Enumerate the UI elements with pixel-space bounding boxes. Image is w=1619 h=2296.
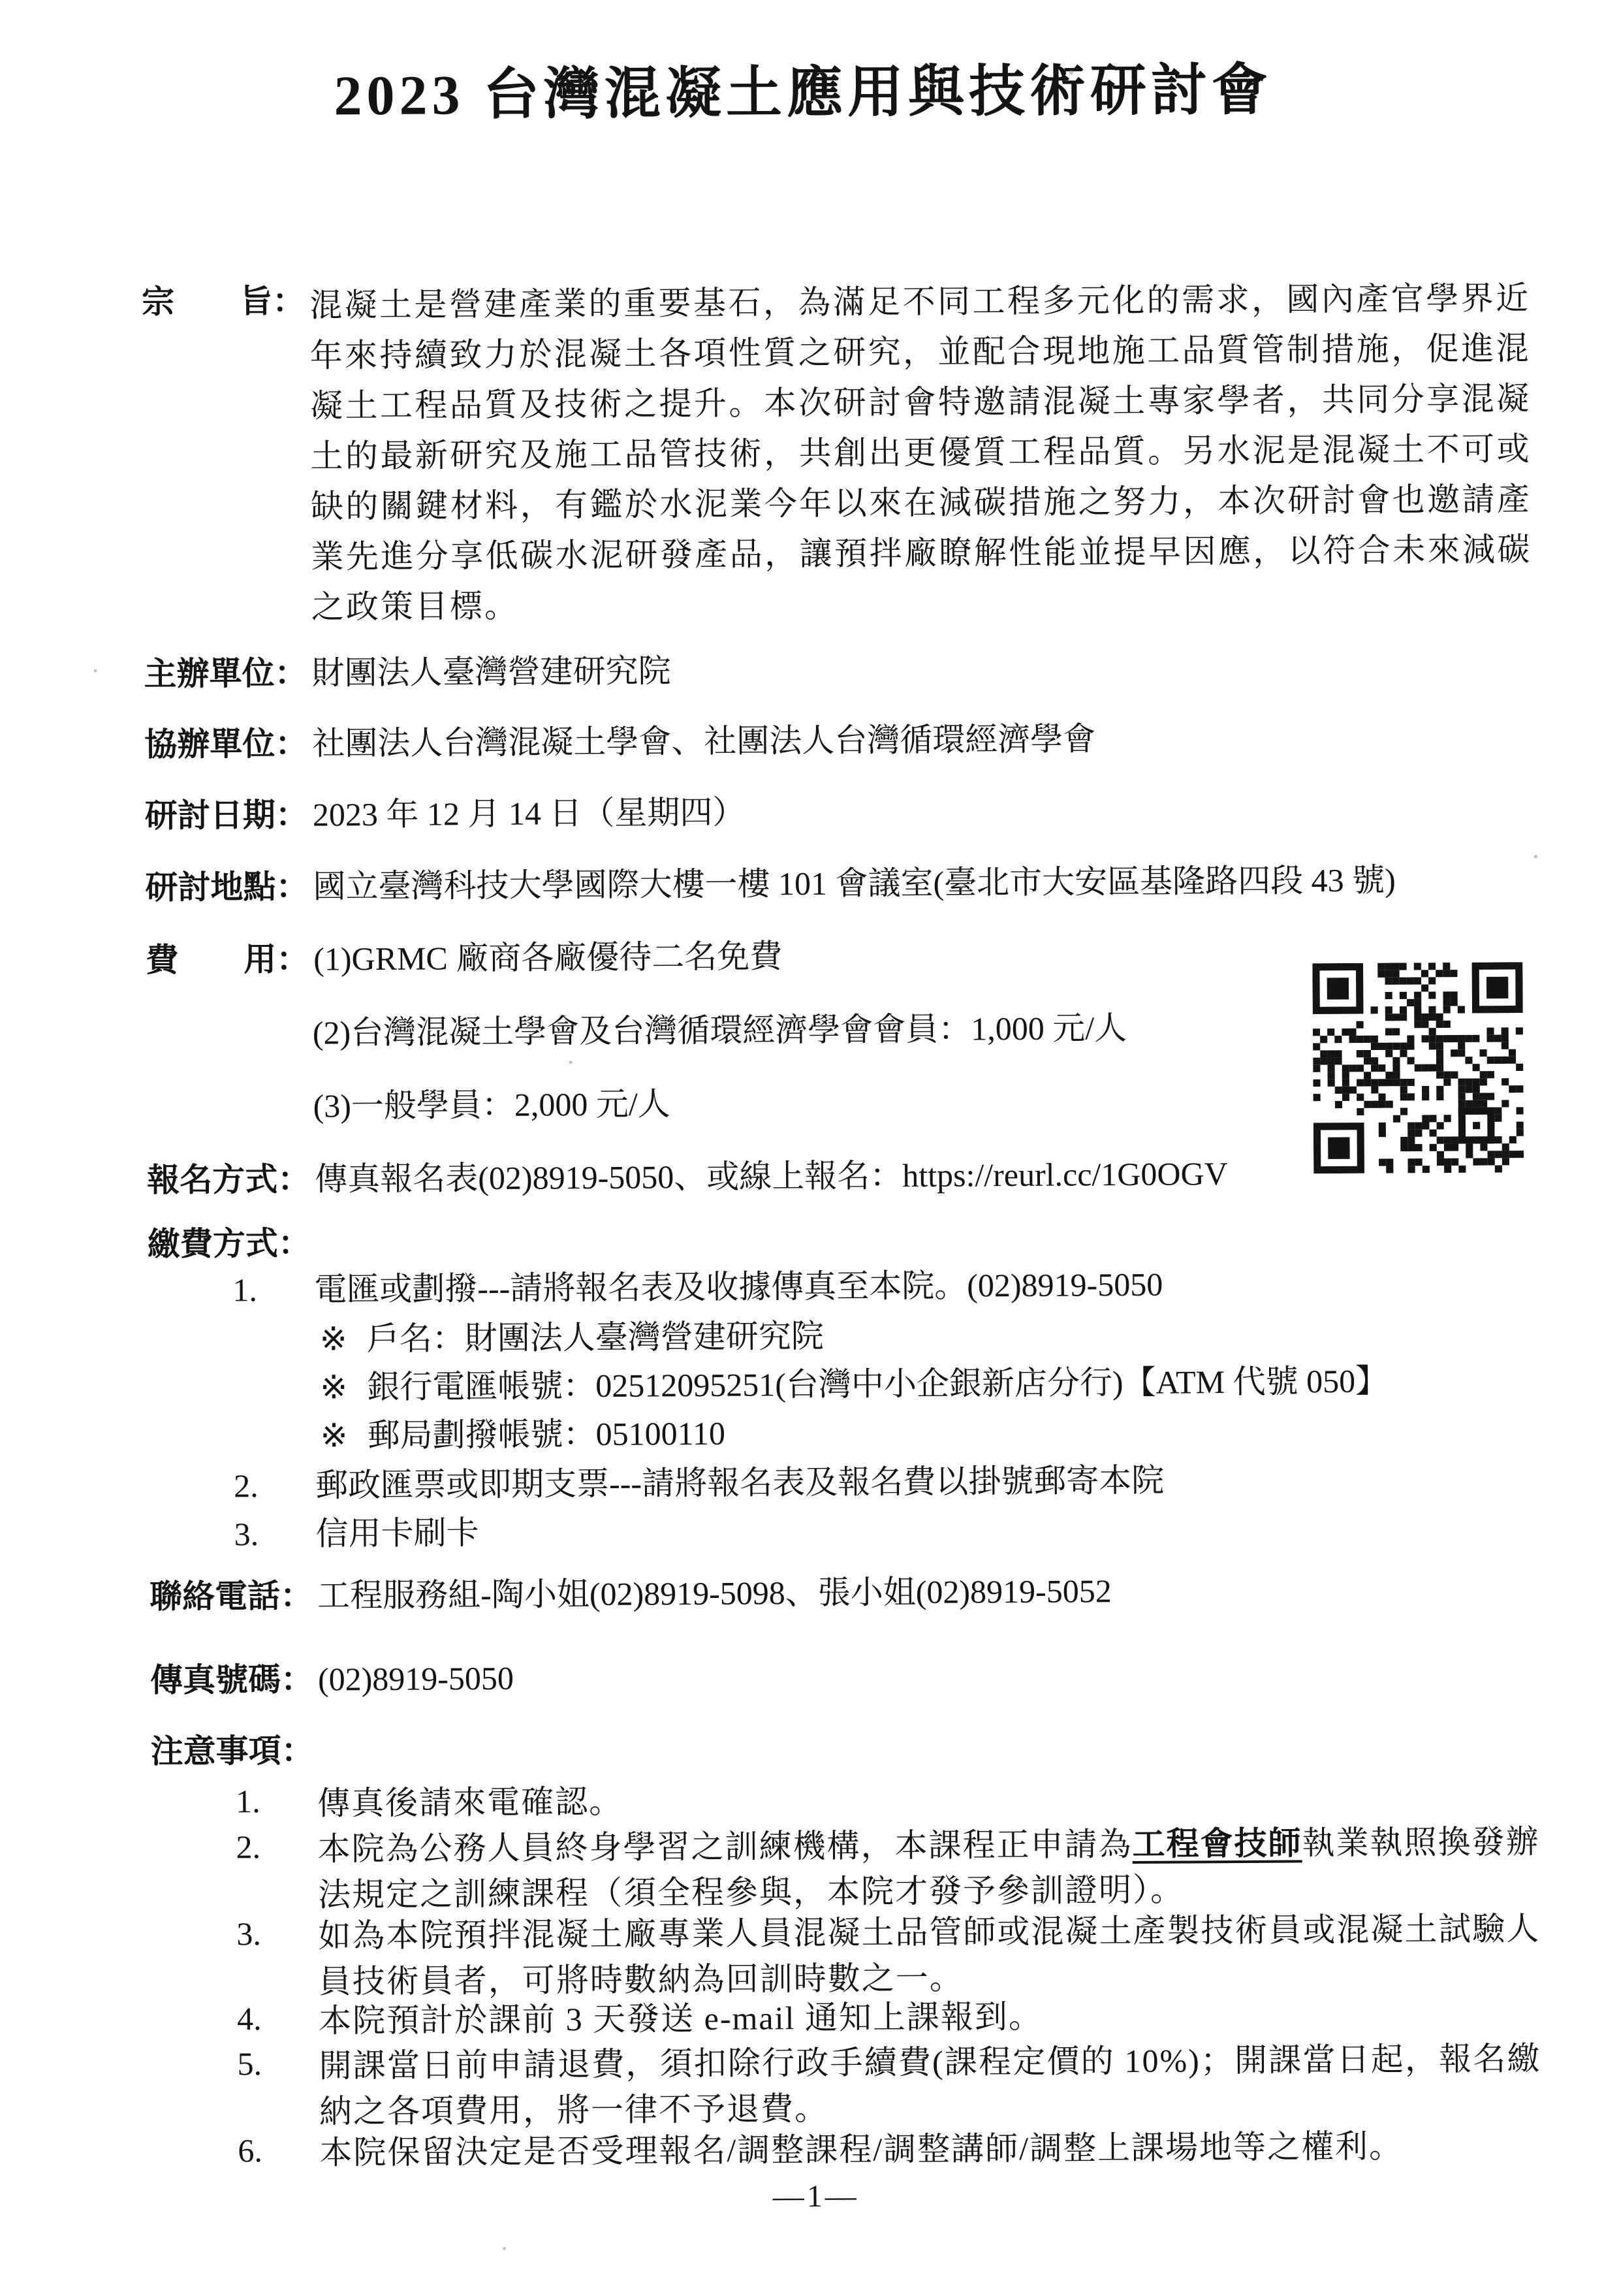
purpose-label: 宗 旨： [142,281,309,323]
note-5-number: 5. [237,2043,319,2084]
bank-detail-postal-account: 郵局劃撥帳號：05100110 [368,1409,1537,1455]
notes-label: 注意事項： [150,1730,318,1772]
scan-speck [569,1060,573,1064]
payment-item-row: 1. 電匯或劃撥---請將報名表及收據傳真至本院。(02)8919-5050 [232,1262,1536,1309]
section-notes-header: 注意事項： [150,1723,1539,1772]
section-contact: 聯絡電話： 工程服務組-陶小姐(02)8919-5098、張小姐(02)8919… [149,1568,1538,1617]
section-co-organizer: 協辦單位： 社團法人台灣混凝土學會、社團法人台灣循環經濟學會 [144,716,1533,765]
note-row: 5. 開課當日前申請退費，須扣除行政手續費(課程定價的 10%)；開課當日起，報… [237,2035,1541,2135]
page-number: —1— [7,2173,1619,2219]
payment-label: 繳費方式： [148,1223,315,1265]
contact-label: 聯絡電話： [149,1576,317,1618]
payment-item-row: 2. 郵政匯票或即期支票---請將報名表及報名費以掛號郵寄本院 [234,1458,1537,1505]
note-row: 2. 本院為公務人員終身學習之訓練機構，本課程正申請為工程會技師執業執照換發辦法… [236,1819,1540,1918]
scanned-document-sheet: 2023 台灣混凝土應用與技術研討會 宗 旨： 混凝土是營建產業的重要基石，為滿… [0,0,1619,2296]
payment-item-1-text: 電匯或劃撥---請將報名表及收據傳真至本院。(02)8919-5050 [314,1262,1536,1309]
page-title: 2023 台灣混凝土應用與技術研討會 [0,42,1612,133]
reference-mark-icon: ※ [320,1367,367,1407]
payment-item-3-text: 信用卡刷卡 [315,1507,1537,1553]
payment-item-3-number: 3. [234,1514,315,1554]
note-6-text: 本院保留決定是否受理報名/調整課程/調整講師/調整上課場地等之權利。 [319,2122,1541,2175]
note-row: 6. 本院保留決定是否受理報名/調整課程/調整講師/調整上課場地等之權利。 [238,2122,1541,2176]
section-payment-header: 繳費方式： [148,1215,1536,1264]
fax-text: (02)8919-5050 [318,1651,1539,1699]
note-3-number: 3. [236,1913,318,1954]
note-4-number: 4. [237,1998,319,2039]
bank-detail-row: ※ 銀行電匯帳號：02512095251(台灣中小企銀新店分行)【ATM 代號 … [320,1360,1537,1407]
co-organizer-text: 社團法人台灣混凝土學會、社團法人台灣循環經濟學會 [312,716,1533,763]
note-4-text: 本院預計於課前 3 天發送 e-mail 通知上課報到。 [319,1990,1541,2043]
note-6-number: 6. [238,2130,319,2171]
payment-item-2-text: 郵政匯票或即期支票---請將報名表及報名費以掛號郵寄本院 [315,1458,1537,1505]
payment-item-row: 3. 信用卡刷卡 [234,1507,1537,1554]
qr-code [1312,962,1524,1173]
note-row: 3. 如為本院預拌混凝土廠專業人員混凝土品管師或混凝土產製技術員或混凝土試驗人員… [236,1905,1541,2005]
section-seminar-venue: 研討地點： 國立臺灣科技大學國際大樓一樓 101 會議室(臺北市大安區基隆路四段… [145,859,1533,908]
scan-speck [503,2247,506,2250]
bank-detail-wire-account: 銀行電匯帳號：02512095251(台灣中小企銀新店分行)【ATM 代號 05… [367,1360,1537,1407]
section-organizer: 主辦單位： 財團法人臺灣營建研究院 [144,645,1532,694]
payment-item-1-number: 1. [232,1270,314,1310]
note-3-text: 如為本院預拌混凝土廠專業人員混凝土品管師或混凝土產製技術員或混凝土試驗人員技術員… [318,1905,1541,2004]
seminar-venue-text: 國立臺灣科技大學國際大樓一樓 101 會議室(臺北市大安區基隆路四段 43 號) [313,859,1533,906]
section-fax: 傳真號碼： (02)8919-5050 [150,1651,1539,1700]
seminar-date-text: 2023 年 12 月 14 日（星期四） [313,787,1533,835]
bank-detail-row: ※ 郵局劃撥帳號：05100110 [321,1409,1537,1455]
seminar-date-label: 研討日期： [145,795,313,837]
note-2-text: 本院為公務人員終身學習之訓練機構，本課程正申請為工程會技師執業執照換發辦法規定之… [317,1819,1540,1917]
note-1-number: 1. [236,1781,317,1822]
purpose-text: 混凝土是營建產業的重要基石，為滿足不同工程多元化的需求，國內產官學界近年來持續致… [309,273,1532,632]
section-seminar-date: 研討日期： 2023 年 12 月 14 日（星期四） [145,787,1533,836]
contact-text: 工程服務組-陶小姐(02)8919-5098、張小姐(02)8919-5052 [317,1568,1538,1616]
note-2-emphasis: 工程會技師 [1132,1825,1302,1862]
organizer-label: 主辦單位： [144,653,311,695]
note-1-text: 傳真後請來電確認。 [317,1773,1539,1826]
section-purpose: 宗 旨： 混凝土是營建產業的重要基石，為滿足不同工程多元化的需求，國內產官學界近… [142,273,1532,633]
bank-detail-account-name: 戶名：財團法人臺灣營建研究院 [367,1312,1537,1358]
scan-speck [1069,71,1073,75]
scan-speck [1533,855,1537,858]
scan-speck [94,669,97,673]
co-organizer-label: 協辦單位： [144,724,312,765]
registration-label: 報名方式： [147,1159,315,1201]
note-2-number: 2. [236,1826,317,1868]
note-5-text: 開課當日前申請退費，須扣除行政手續費(課程定價的 10%)；開課當日起，報名繳納… [319,2035,1541,2134]
reference-mark-icon: ※ [320,1319,367,1358]
note-row: 1. 傳真後請來電確認。 [236,1773,1539,1826]
payment-item-2-number: 2. [234,1466,315,1506]
fee-label: 費 用： [146,939,313,981]
note-2-prefix: 本院為公務人員終身學習之訓練機構，本課程正申請為 [317,1826,1132,1868]
bank-detail-row: ※ 戶名：財團法人臺灣營建研究院 [320,1312,1537,1358]
seminar-venue-label: 研討地點： [145,867,313,908]
organizer-text: 財團法人臺灣營建研究院 [311,645,1532,693]
fax-label: 傳真號碼： [150,1659,318,1701]
reference-mark-icon: ※ [321,1416,368,1455]
scan-speck [791,1477,794,1481]
scan-speck [1468,409,1471,413]
